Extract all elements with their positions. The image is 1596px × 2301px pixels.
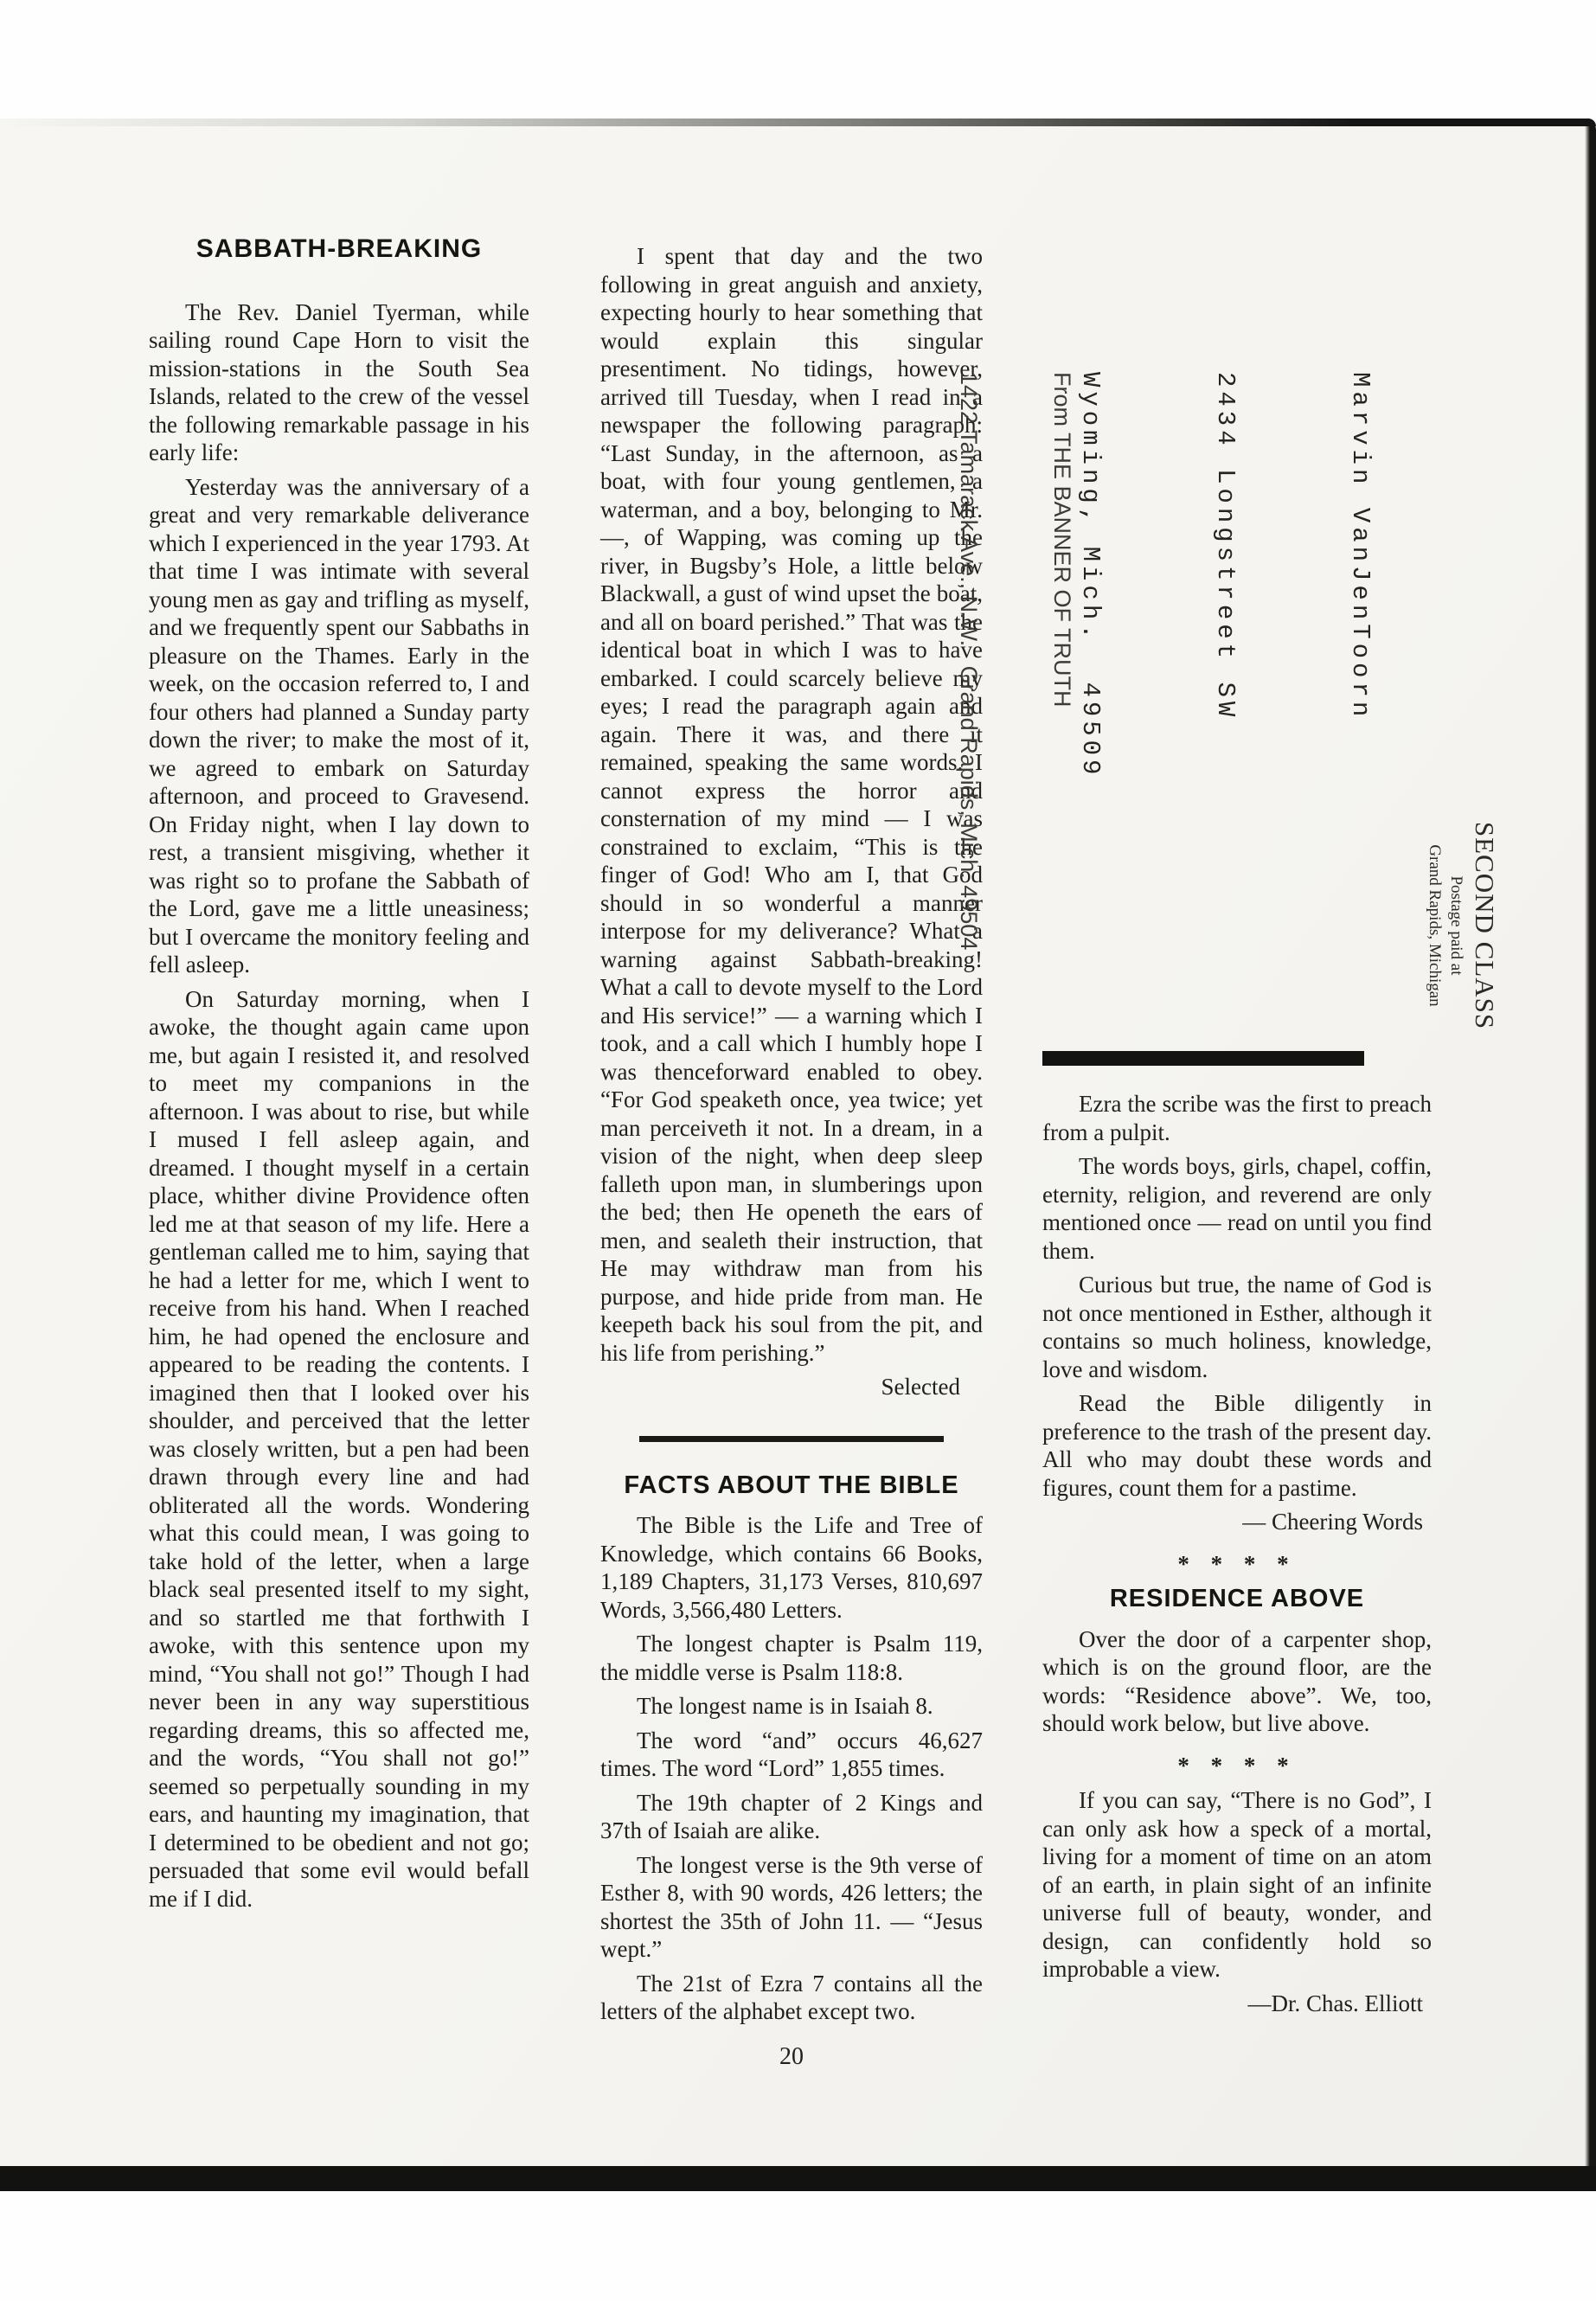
attribution-cheering-words: — Cheering Words xyxy=(1042,1508,1432,1536)
attribution-dr-elliott: —Dr. Chas. Elliott xyxy=(1042,1990,1432,2018)
paragraph: If you can say, “There is no God”, I can… xyxy=(1042,1786,1432,1984)
scanned-magazine-page: SABBATH-BREAKING The Rev. Daniel Tyerman… xyxy=(0,0,1596,2301)
residence-section-title: RESIDENCE ABOVE xyxy=(1042,1585,1432,1613)
asterisk-separator: * * * * xyxy=(1042,1550,1432,1579)
paragraph: The 21st of Ezra 7 contains all the lett… xyxy=(600,1970,983,2026)
addressee-street: 2434 Longstreet SW xyxy=(1202,372,1247,1150)
paragraph: Read the Bible diligently in preference … xyxy=(1042,1389,1432,1502)
paragraph: The 19th chapter of 2 Kings and 37th of … xyxy=(600,1789,983,1845)
page-bottom-edge xyxy=(0,2166,1596,2191)
section-divider-rule xyxy=(639,1436,944,1442)
addressee-name: Marvin VanJenToorn xyxy=(1337,372,1382,1150)
paragraph: The Bible is the Life and Tree of Knowle… xyxy=(600,1511,983,1624)
postage-city: Grand Rapids, Michigan xyxy=(1424,796,1445,1055)
addressee-city: Wyoming, Mich. 49509 xyxy=(1067,372,1112,1150)
postage-paid-at: Postage paid at xyxy=(1445,796,1467,1055)
paragraph: The Rev. Daniel Tyerman, while sailing r… xyxy=(149,298,529,467)
paragraph: The longest verse is the 9th verse of Es… xyxy=(600,1851,983,1964)
postage-notice-rotated: SECOND CLASS Postage paid at Grand Rapid… xyxy=(1424,796,1502,1055)
left-column: SABBATH-BREAKING The Rev. Daniel Tyerman… xyxy=(149,235,529,1919)
byline-selected: Selected xyxy=(600,1373,983,1401)
paragraph: Over the door of a carpenter shop, which… xyxy=(1042,1625,1432,1738)
postage-class: SECOND CLASS xyxy=(1467,796,1502,1055)
addressee-label-rotated: Marvin VanJenToorn 2434 Longstreet SW Wy… xyxy=(977,372,1472,1150)
page-number: 20 xyxy=(600,2043,983,2071)
paragraph: Curious but true, the name of God is not… xyxy=(1042,1271,1432,1383)
facts-section-title: FACTS ABOUT THE BIBLE xyxy=(600,1471,983,1500)
page-right-edge xyxy=(1585,119,1596,2191)
paragraph: The word “and” occurs 46,627 times. The … xyxy=(600,1727,983,1783)
page-top-edge xyxy=(0,119,1596,126)
article-title: SABBATH-BREAKING xyxy=(149,235,529,264)
page-paper: SABBATH-BREAKING The Rev. Daniel Tyerman… xyxy=(0,119,1596,2191)
paragraph: On Saturday morning, when I awoke, the t… xyxy=(149,985,529,1913)
paragraph: The longest chapter is Psalm 119, the mi… xyxy=(600,1630,983,1686)
asterisk-separator: * * * * xyxy=(1042,1752,1432,1780)
paragraph: The longest name is in Isaiah 8. xyxy=(600,1692,983,1721)
paragraph: Yesterday was the anniversary of a great… xyxy=(149,473,529,979)
